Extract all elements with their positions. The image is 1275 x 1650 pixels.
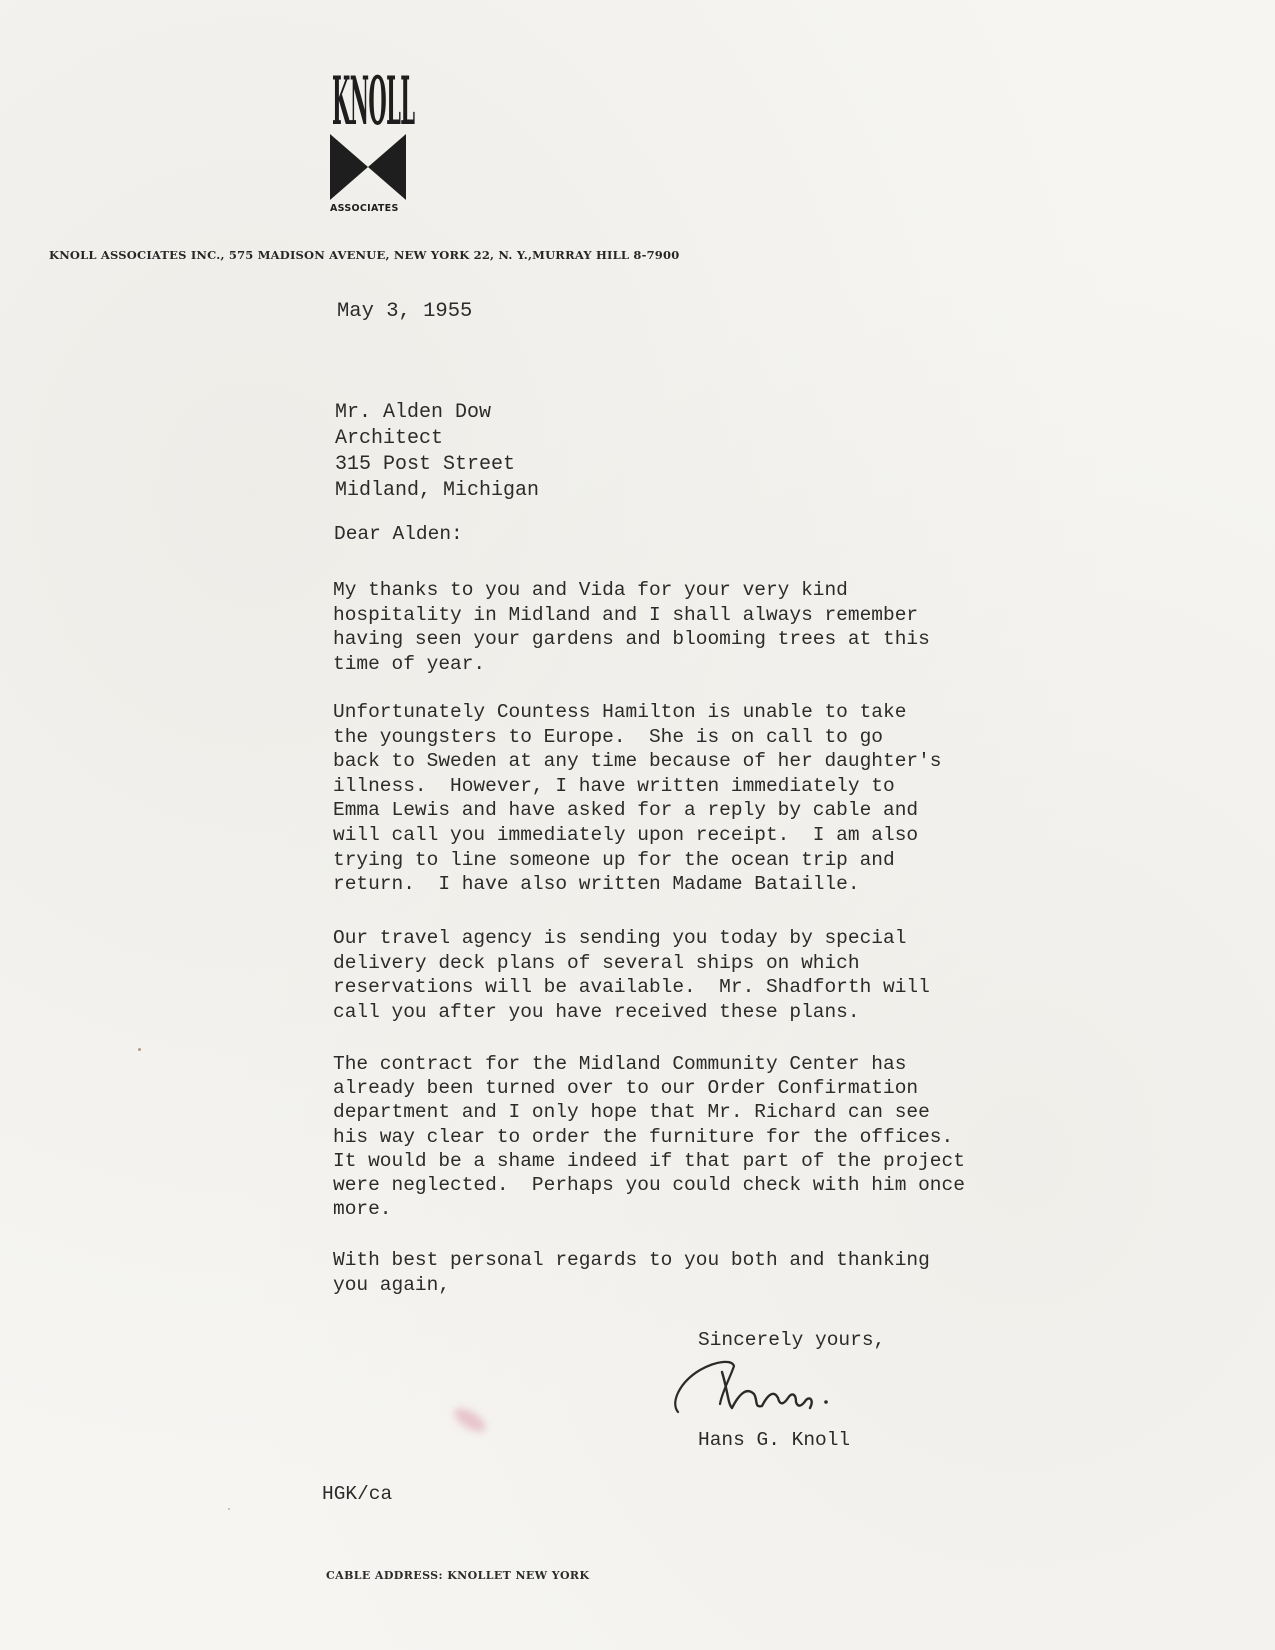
recipient-title: Architect (335, 426, 539, 452)
paper-speck (138, 1048, 141, 1051)
letter-date: May 3, 1955 (337, 300, 472, 325)
ink-stain (450, 1404, 489, 1437)
recipient-city: Midland, Michigan (335, 478, 539, 504)
reference-initials: HGK/ca (322, 1482, 392, 1507)
signer-name: Hans G. Knoll (698, 1428, 850, 1453)
letterhead-address: KNOLL ASSOCIATES INC., 575 MADISON AVENU… (49, 248, 679, 262)
letter-page: KNOLL ASSOCIATES KNOLL ASSOCIATES INC., … (0, 0, 1275, 1650)
paper-speck (228, 1508, 230, 1510)
knoll-logo: KNOLL ASSOCIATES (330, 44, 410, 214)
closing: Sincerely yours, (698, 1328, 885, 1353)
body-paragraph: Our travel agency is sending you today b… (333, 926, 930, 1024)
recipient-street: 315 Post Street (335, 452, 539, 478)
recipient-name: Mr. Alden Dow (335, 400, 539, 426)
logo-tagline: ASSOCIATES (330, 203, 410, 214)
salutation: Dear Alden: (334, 522, 463, 547)
recipient-address: Mr. Alden DowArchitect315 Post StreetMid… (335, 400, 539, 504)
cable-address: CABLE ADDRESS: KNOLLET NEW YORK (326, 1569, 589, 1582)
body-paragraph: With best personal regards to you both a… (333, 1248, 930, 1297)
body-paragraph: Unfortunately Countess Hamilton is unabl… (333, 700, 942, 897)
body-paragraph: My thanks to you and Vida for your very … (333, 578, 930, 676)
handwritten-signature (670, 1352, 880, 1422)
logo-wordmark: KNOLL (332, 44, 379, 165)
body-paragraph: The contract for the Midland Community C… (333, 1052, 965, 1221)
